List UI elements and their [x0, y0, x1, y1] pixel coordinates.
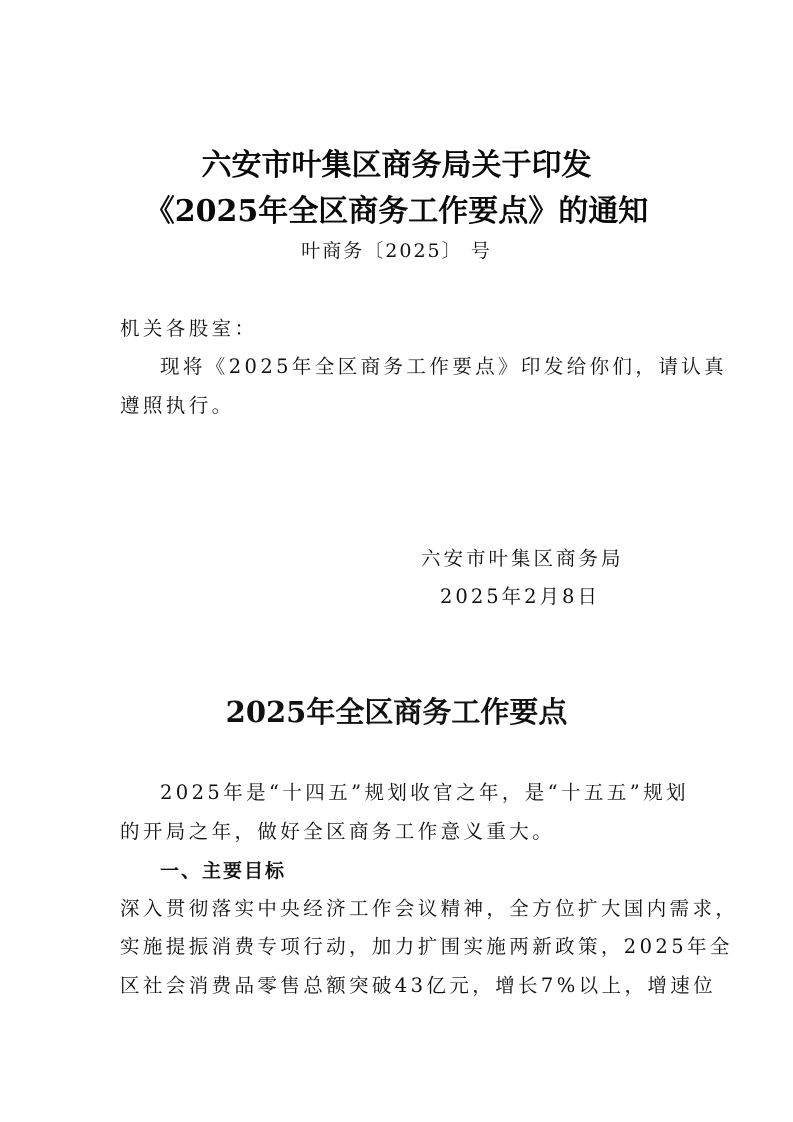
- section1-line3: 区社会消费品零售总额突破43亿元，增长7%以上，增速位: [120, 970, 716, 998]
- section1-line2: 实施提振消费专项行动，加力扩围实施两新政策，2025年全: [120, 931, 733, 959]
- signature-organization: 六安市叶集区商务局: [421, 543, 624, 571]
- notice-title-line2: 《2025年全区商务工作要点》的通知: [0, 186, 793, 230]
- intro-line1: 2025年是“十四五”规划收官之年，是“十五五”规划: [160, 777, 689, 805]
- attachment-title: 2025年全区商务工作要点: [0, 690, 793, 731]
- notice-body-line1: 现将《2025年全区商务工作要点》印发给你们，请认真: [160, 351, 727, 379]
- document-number: 叶商务〔2025〕 号: [0, 236, 793, 263]
- notice-title-line1: 六安市叶集区商务局关于印发: [0, 140, 793, 184]
- signature-date: 2025年2月8日: [440, 581, 600, 609]
- section-heading-main-goals: 一、主要目标: [160, 856, 286, 883]
- addressee: 机关各股室：: [120, 313, 257, 341]
- notice-body-line2: 遵照执行。: [120, 390, 235, 418]
- section1-line1: 深入贯彻落实中央经济工作会议精神，全方位扩大国内需求，: [120, 893, 738, 921]
- intro-line2: 的开局之年，做好全区商务工作意义重大。: [120, 816, 555, 844]
